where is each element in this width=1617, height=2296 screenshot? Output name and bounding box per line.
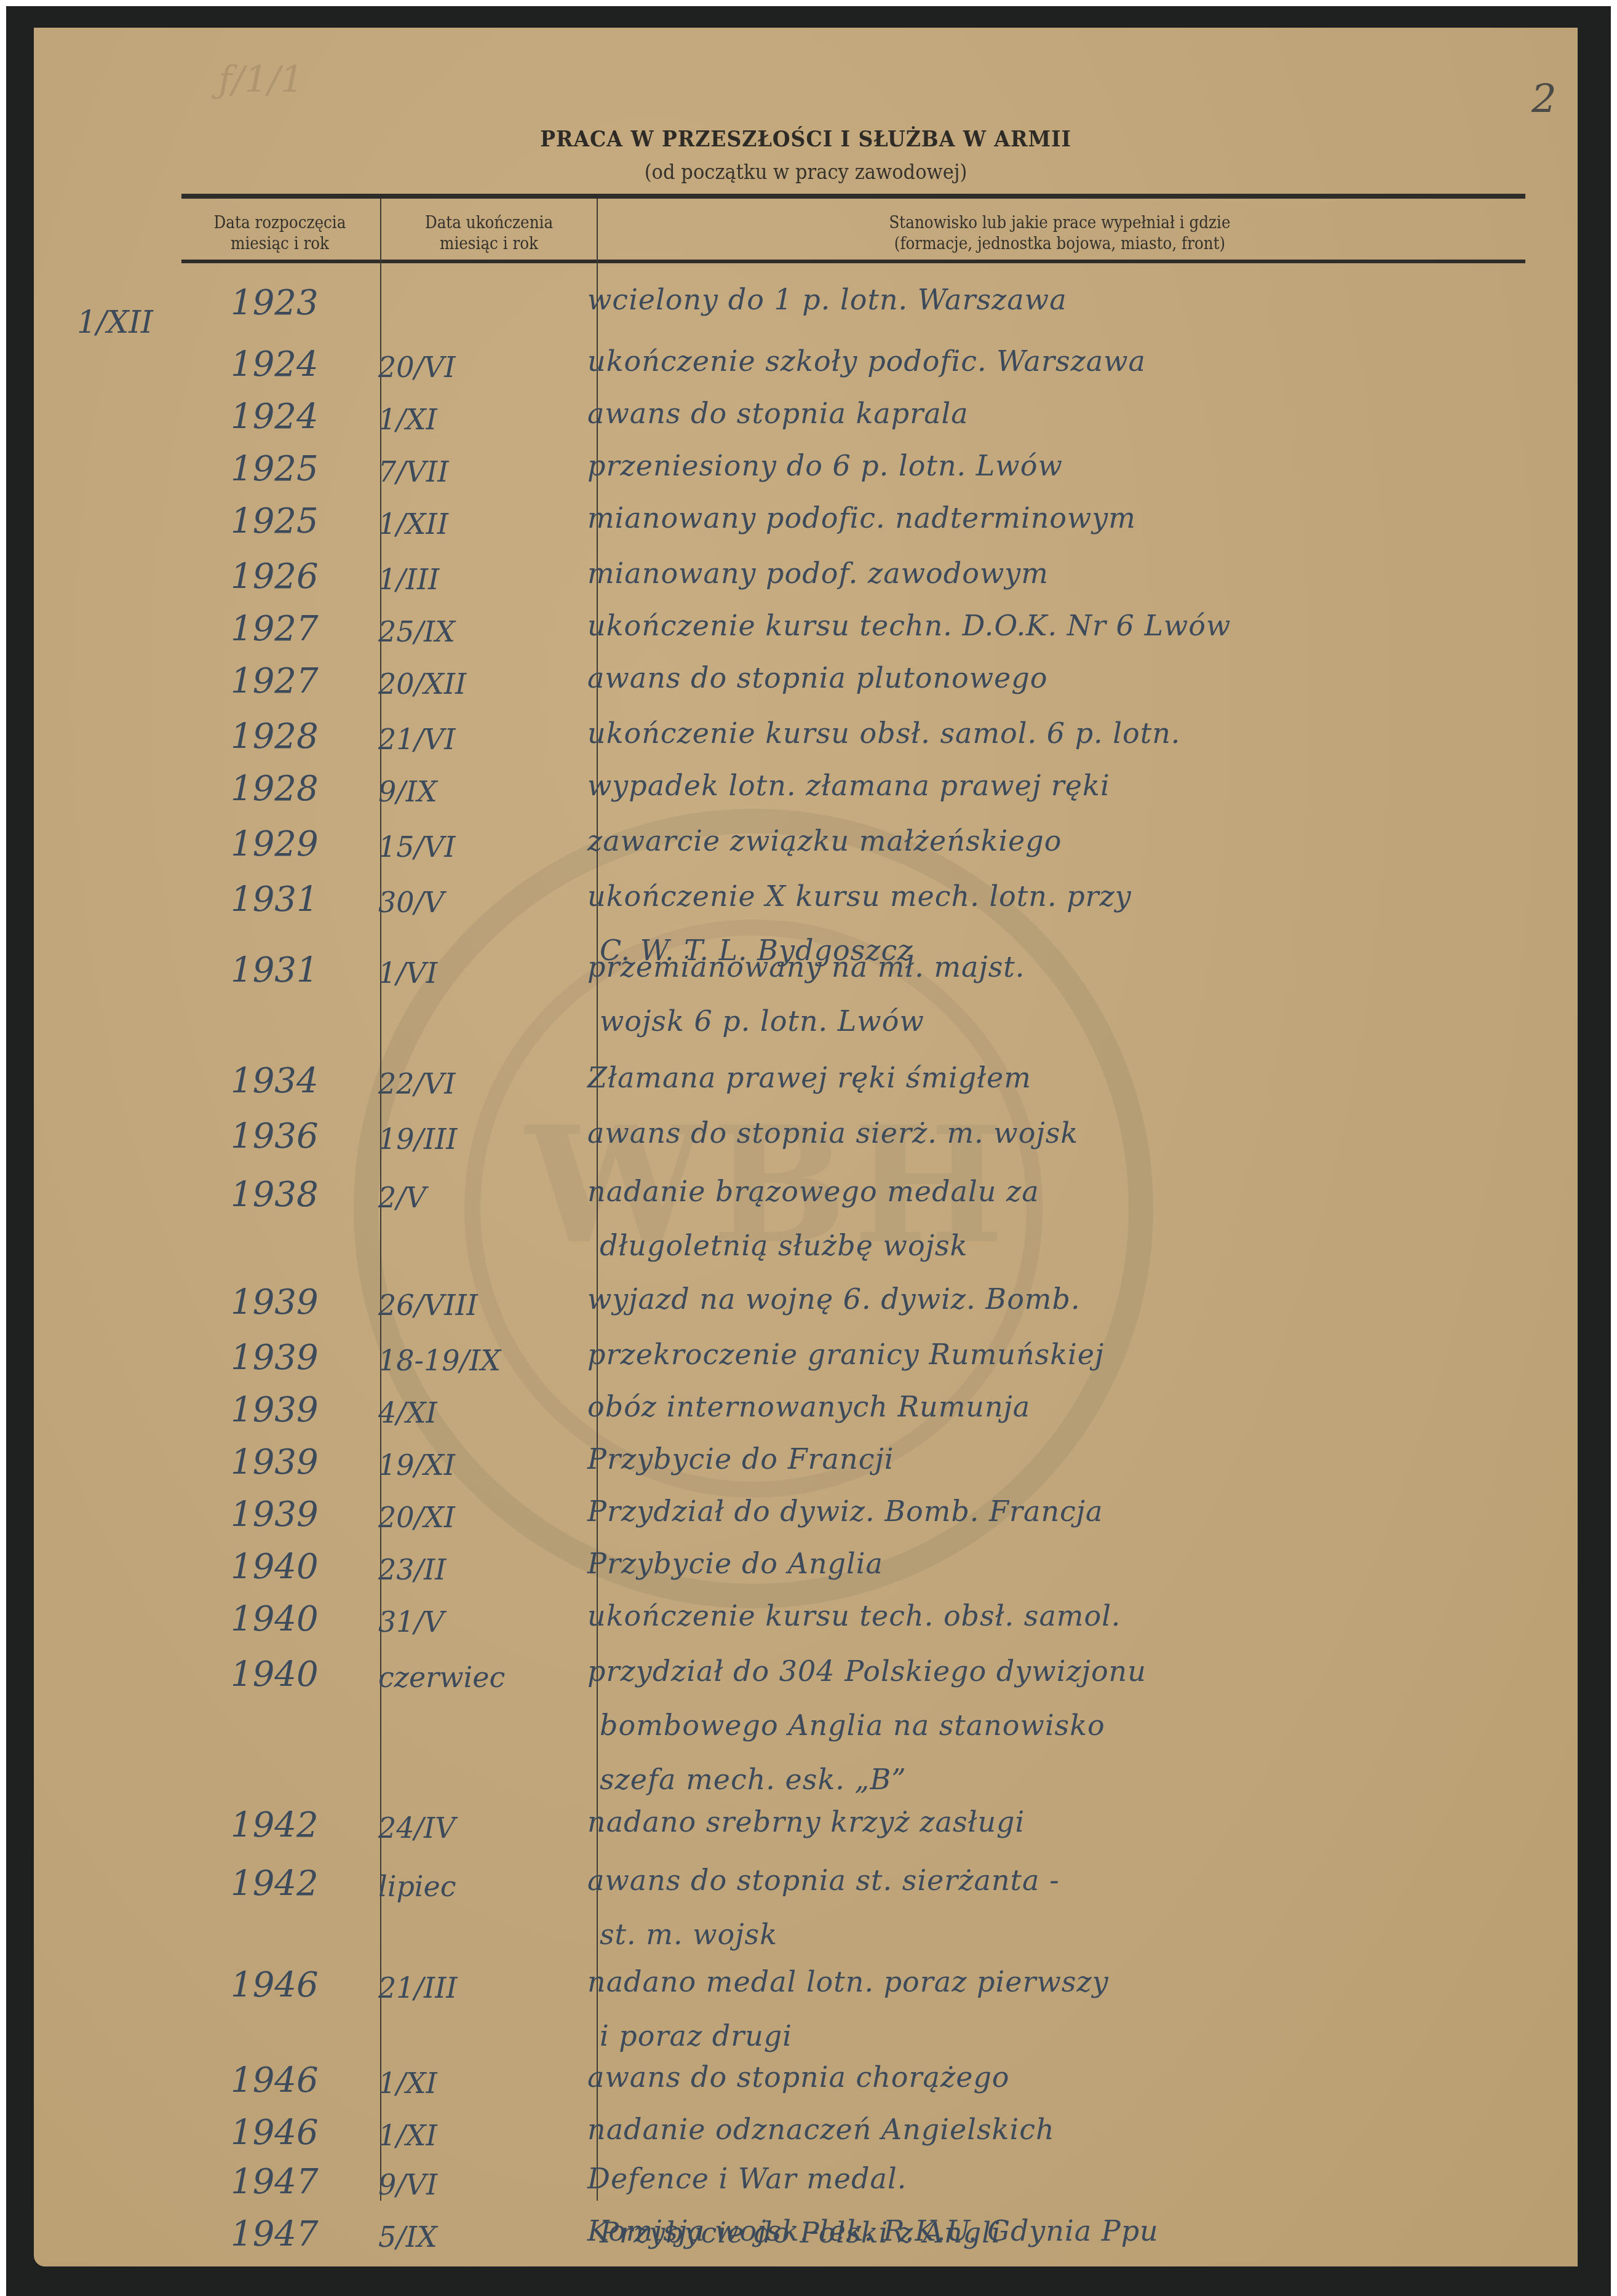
entry-description-continuation: st. m. wojsk — [600, 1918, 777, 1951]
entry-start-date: 1925 — [231, 449, 319, 489]
column-header-end: Data ukończenia miesiąc i rok — [395, 212, 583, 254]
entry-description-continuation: bombowego Anglia na stanowisko — [600, 1709, 1105, 1742]
entry-description-continuation: i poraz drugi — [600, 2019, 792, 2052]
entry-description: nadanie odznaczeń Angielskich — [587, 2113, 1055, 2146]
entry-end-date: 4/XI — [378, 1396, 437, 1429]
entry-start-date: 1939 — [231, 1338, 319, 1378]
entry-end-date: 15/VI — [378, 830, 455, 864]
entry-description: ukończenie X kursu mech. lotn. przy — [587, 880, 1132, 913]
entry-start-date: 1931 — [231, 880, 319, 920]
entry-description: wyjazd na wojnę 6. dywiz. Bomb. — [587, 1282, 1081, 1316]
entry-start-date: 1942 — [231, 1864, 319, 1904]
entry-description: przydział do 304 Polskiego dywizjonu — [587, 1654, 1146, 1688]
entry-start-date: 1946 — [231, 1965, 319, 2005]
margin-note: 1/XII — [77, 304, 153, 340]
entry-end-date: 1/XI — [378, 403, 437, 436]
entry-start-date: 1934 — [231, 1061, 319, 1101]
page-number: 2 — [1532, 77, 1557, 122]
entry-end-date: 1/XII — [378, 507, 448, 541]
entry-description: mianowany podof. zawodowym — [587, 557, 1049, 590]
entry-description: Przydział do dywiz. Bomb. Francja — [587, 1495, 1103, 1528]
entry-start-date: 1923 — [231, 283, 319, 323]
entry-description: ukończenie szkoły podofic. Warszawa — [587, 344, 1146, 378]
entry-start-date: 1939 — [231, 1390, 319, 1430]
entry-description-continuation: szefa mech. esk. „B” — [600, 1763, 907, 1796]
entry-description: obóz internowanych Rumunja — [587, 1390, 1030, 1423]
entry-description: mianowany podofic. nadterminowym — [587, 501, 1136, 534]
entry-description: Przybycie do Francji — [587, 1442, 894, 1476]
column-header-end-line1: Data ukończenia — [395, 212, 583, 233]
entry-description: awans do stopnia chorążego — [587, 2060, 1010, 2094]
entry-description: Defence i War medal. — [587, 2162, 907, 2195]
entry-start-date: 1939 — [231, 1442, 319, 1482]
entry-description: przeniesiony do 6 p. lotn. Lwów — [587, 449, 1063, 482]
entry-description: awans do stopnia plutonowego — [587, 661, 1047, 694]
entry-end-date: 18-19/IX — [378, 1344, 501, 1377]
entry-start-date: 1940 — [231, 1599, 319, 1639]
entry-description: awans do stopnia sierż. m. wojsk — [587, 1116, 1078, 1150]
entry-description: nadano srebrny krzyż zasługi — [587, 1805, 1025, 1838]
entry-start-date: 1928 — [231, 769, 319, 809]
header-top-rule — [181, 194, 1525, 199]
entry-end-date: lipiec — [378, 1870, 456, 1903]
entry-description: Komisja wojsk.-lek. R.K.U. Gdynia Ppu — [587, 2214, 1159, 2247]
entry-start-date: 1946 — [231, 2113, 319, 2153]
entry-start-date: 1927 — [231, 609, 319, 649]
entry-start-date: 1939 — [231, 1495, 319, 1535]
entry-description: ukończenie kursu tech. obsł. samol. — [587, 1599, 1121, 1632]
entry-start-date: 1940 — [231, 1654, 319, 1694]
header-bottom-rule — [181, 260, 1525, 263]
entry-end-date: 2/V — [378, 1181, 426, 1214]
entry-start-date: 1924 — [231, 344, 319, 384]
entry-start-date: 1940 — [231, 1547, 319, 1587]
entry-description: wypadek lotn. złamana prawej ręki — [587, 769, 1110, 802]
entry-description: wcielony do 1 p. lotn. Warszawa — [587, 283, 1067, 316]
entry-end-date: 30/V — [378, 886, 444, 919]
entry-end-date: 20/XII — [378, 667, 466, 701]
entry-start-date: 1938 — [231, 1175, 319, 1215]
entry-end-date: 26/VIII — [378, 1289, 478, 1322]
entry-start-date: 1926 — [231, 557, 319, 597]
column-header-start: Data rozpoczęcia miesiąc i rok — [193, 212, 367, 254]
entry-description: Złamana prawej ręki śmigłem — [587, 1061, 1031, 1094]
entry-end-date: 24/IV — [378, 1811, 455, 1845]
entry-start-date: 1939 — [231, 1282, 319, 1322]
entry-end-date: 20/XI — [378, 1501, 455, 1534]
entry-start-date: 1929 — [231, 824, 319, 864]
entry-start-date: 1924 — [231, 397, 319, 437]
entry-description: zawarcie związku małżeńskiego — [587, 824, 1062, 857]
entry-end-date: 31/V — [378, 1605, 444, 1639]
entry-start-date: 1947 — [231, 2162, 319, 2202]
entry-start-date: 1947 — [231, 2214, 319, 2254]
entry-start-date: 1925 — [231, 501, 319, 541]
entry-end-date: 21/III — [378, 1971, 458, 2004]
column-header-description-line1: Stanowisko lub jakie prace wypełniał i g… — [654, 212, 1466, 233]
entry-description: ukończenie kursu techn. D.O.K. Nr 6 Lwów — [587, 609, 1231, 642]
entry-description: awans do stopnia kaprala — [587, 397, 969, 430]
column-header-start-line2: miesiąc i rok — [193, 233, 367, 254]
entry-start-date: 1936 — [231, 1116, 319, 1156]
page-title: PRACA W PRZESZŁOŚCI I SŁUŻBA W ARMII — [95, 126, 1516, 152]
entry-description: nadanie brązowego medalu za — [587, 1175, 1039, 1208]
faint-archive-mark: ƒ/1/1 — [218, 58, 304, 101]
entry-end-date: 21/VI — [378, 723, 455, 756]
column-header-end-line2: miesiąc i rok — [395, 233, 583, 254]
entry-end-date: 5/IX — [378, 2220, 437, 2254]
column-header-start-line1: Data rozpoczęcia — [193, 212, 367, 233]
entry-description: ukończenie kursu obsł. samol. 6 p. lotn. — [587, 717, 1181, 750]
entry-description-continuation: wojsk 6 p. lotn. Lwów — [600, 1004, 924, 1038]
entry-end-date: 9/VI — [378, 2168, 437, 2201]
entry-end-date: 1/VI — [378, 956, 437, 990]
entry-description: przekroczenie granicy Rumuńskiej — [587, 1338, 1104, 1371]
entry-start-date: 1946 — [231, 2060, 319, 2100]
entry-end-date: 19/XI — [378, 1448, 455, 1482]
entry-description: przemianowany na mł. majst. — [587, 950, 1025, 983]
entry-description: Przybycie do Anglia — [587, 1547, 883, 1580]
column-header-description: Stanowisko lub jakie prace wypełniał i g… — [654, 212, 1466, 254]
entry-description-continuation: długoletnią służbę wojsk — [600, 1229, 967, 1262]
entry-end-date: 9/IX — [378, 775, 437, 808]
entry-start-date: 1927 — [231, 661, 319, 701]
document-page: ƒ/1/1 2 WBH PRACA W PRZESZŁOŚCI I SŁUŻBA… — [34, 28, 1578, 2266]
entry-end-date: czerwiec — [378, 1661, 505, 1694]
page-subtitle: (od początku w pracy zawodowej) — [111, 160, 1501, 185]
entry-end-date: 1/XI — [378, 2119, 437, 2152]
column-header-description-line2: (formacje, jednostka bojowa, miasto, fro… — [654, 233, 1466, 254]
entry-end-date: 1/III — [378, 563, 439, 596]
entry-start-date: 1928 — [231, 717, 319, 757]
entry-start-date: 1942 — [231, 1805, 319, 1845]
entry-end-date: 22/VI — [378, 1067, 455, 1100]
entry-end-date: 7/VII — [378, 455, 448, 488]
entry-end-date: 1/XI — [378, 2067, 437, 2100]
entry-end-date: 25/IX — [378, 615, 455, 648]
entry-start-date: 1931 — [231, 950, 319, 990]
entry-end-date: 19/III — [378, 1122, 458, 1156]
entry-end-date: 20/VI — [378, 351, 455, 384]
entry-description: nadano medal lotn. poraz pierwszy — [587, 1965, 1109, 1998]
entry-description: awans do stopnia st. sierżanta - — [587, 1864, 1060, 1897]
entry-end-date: 23/II — [378, 1553, 446, 1586]
